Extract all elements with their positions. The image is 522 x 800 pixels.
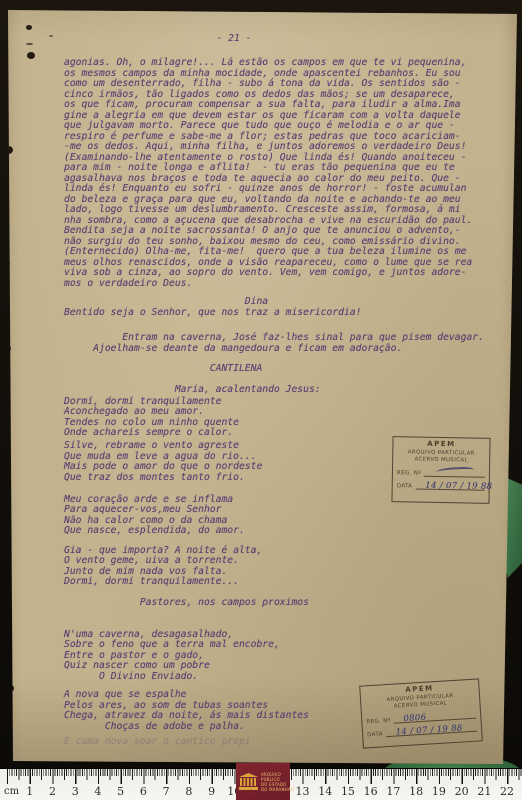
text-line: Dormi, dormi tranquilamente... [64,577,494,588]
handwritten-date: 14 / 07 / 19 88 [395,723,463,737]
paper-sheet: - 21 - agonias. Oh, o milagre!... Lá est… [0,0,522,770]
handwritten-reg: 0806 [403,712,426,723]
typed-text: agonias. Oh, o milagre!... Lá estão os c… [64,58,494,748]
ruler-number: 6 [140,785,147,798]
ink-blot [26,43,33,45]
text-line: Bentido seja o Senhor, que nos traz a mi… [64,308,494,319]
stamp-reg-field: 0806 [393,708,476,723]
ink-blot [2,344,11,353]
ruler-number: 9 [208,785,215,798]
maria-cue: Maria, acalentando Jesus: [64,385,494,396]
ruler-number: 15 [341,785,355,798]
ink-blot [4,146,13,154]
cantilena-title: CANTILENA [64,364,494,375]
ink-blot [27,52,35,59]
pastores-cue: Pastores, nos campos proximos [64,598,494,609]
text-line: viva sob a cinza, ao sopro do vento. Vem… [64,268,494,279]
text-line: Entram na caverna, José faz-lhes sinal p… [64,333,494,344]
stamp-date-label: DATA [397,483,413,489]
text-line: para mim - noite longa e aflita! - tu er… [64,163,494,174]
ink-blot [0,586,8,594]
handwritten-scribble [436,466,474,474]
ruler-number: 22 [500,785,514,798]
ruler-number: 14 [318,785,332,798]
text-line: Que nasce, esplendida, do amor. [64,526,494,537]
ruler-number: 19 [432,785,446,798]
stamp-org: APEM [397,439,485,449]
text-line: agonias. Oh, o milagre!... Lá estão os c… [64,58,494,69]
stanza-4: Gia - que importa? A noite é alta,O vent… [64,546,494,588]
archive-logo: ARQUIVOPÚBLICODO ESTADODO MARANHÃO [236,763,290,800]
stamp-reg-label: REG. Nº [366,717,391,724]
ruler-unit-label: cm [4,786,19,797]
text-line: que julgavam morto. Parece que tudo que … [64,121,494,132]
ruler-number: 16 [364,785,378,798]
stamp-line: ACERVO MUSICAL [397,456,485,464]
stamp-date-label: DATA [367,731,383,738]
scanned-document-page: - 21 - agonias. Oh, o milagre!... Lá est… [0,0,522,800]
ruler-number: 4 [94,785,101,798]
stamp-line: ARQUIVO PARTICULAR [397,449,485,457]
stanza-5: N'uma caverna, desagasalhado,Sobre o fen… [64,630,494,683]
ruler-number: 2 [49,785,56,798]
ruler-number: 18 [409,785,423,798]
ruler-number: 13 [295,785,309,798]
ruler-number: 20 [455,785,469,798]
archive-logo-text: ARQUIVOPÚBLICODO ESTADODO MARANHÃO [261,772,294,792]
ruler-number: 5 [117,785,124,798]
monologue: agonias. Oh, o milagre!... Lá estão os c… [64,58,494,289]
ink-blot [0,259,10,268]
ink-blot [3,684,14,693]
dina-speech: DinaBentido seja o Senhor, que nos traz … [64,297,494,318]
stamp-reg-label: REG. Nº [397,470,421,476]
text-line: lado, logo tivesse um deslumbramento. Cr… [64,205,494,216]
ruler-number: 3 [72,785,79,798]
text-line: CANTILENA [64,364,494,375]
text-line: Ajoelham-se deante da mangedoura e ficam… [64,344,494,355]
text-line: Aconchegado ao meu amor. [64,407,494,418]
stamp-date-field: 14 / 07 / 19 88 [415,480,485,491]
stanza-1: Dormí, dormí tranquilamenteAconchegado a… [64,397,494,439]
text-line: Bendita seja a noite sacrossanta! O anjo… [64,226,494,237]
text-line: como um desenterrado, filha - subo á ton… [64,79,494,90]
ruler-number: 8 [185,785,192,798]
ruler-number: 21 [477,785,491,798]
text-line: linda és! Enquanto eu sofri - quinze ano… [64,184,494,195]
handwritten-date: 14 / 07 / 19 88 [425,481,492,492]
text-line: -me os dedos. Aqui, minha filha, e junto… [64,142,494,153]
archive-stamp-upper: APEM ARQUIVO PARTICULAR ACERVO MUSICAL R… [391,436,490,504]
ruler-number: 7 [163,785,170,798]
stage-direction: Entram na caverna, José faz-lhes sinal p… [64,333,494,354]
stamp-date-field: 14 / 07 / 19 88 [385,722,477,738]
text-line: Maria, acalentando Jesus: [64,385,494,396]
text-line: (Enternecido) Olha-me, fita-me! quero qu… [64,247,494,258]
logo-text-line: DO MARANHÃO [261,787,294,792]
text-line: Pastores, nos campos proximos [64,598,494,609]
stamp-reg-field [424,466,485,477]
ink-blot [49,35,53,37]
text-line: os que ficam, procuram compensar a sua f… [64,100,494,111]
text-line: mos o verdadeiro Deus. [64,279,494,290]
ink-blot [26,25,32,30]
building-icon [239,773,258,790]
archive-stamp-lower: APEM ARQUIVO PARTICULAR ACERVO MUSICAL R… [359,678,483,748]
page-number: - 21 - [64,33,404,44]
ruler-number: 1 [26,785,33,798]
ruler-number: 17 [386,785,400,798]
